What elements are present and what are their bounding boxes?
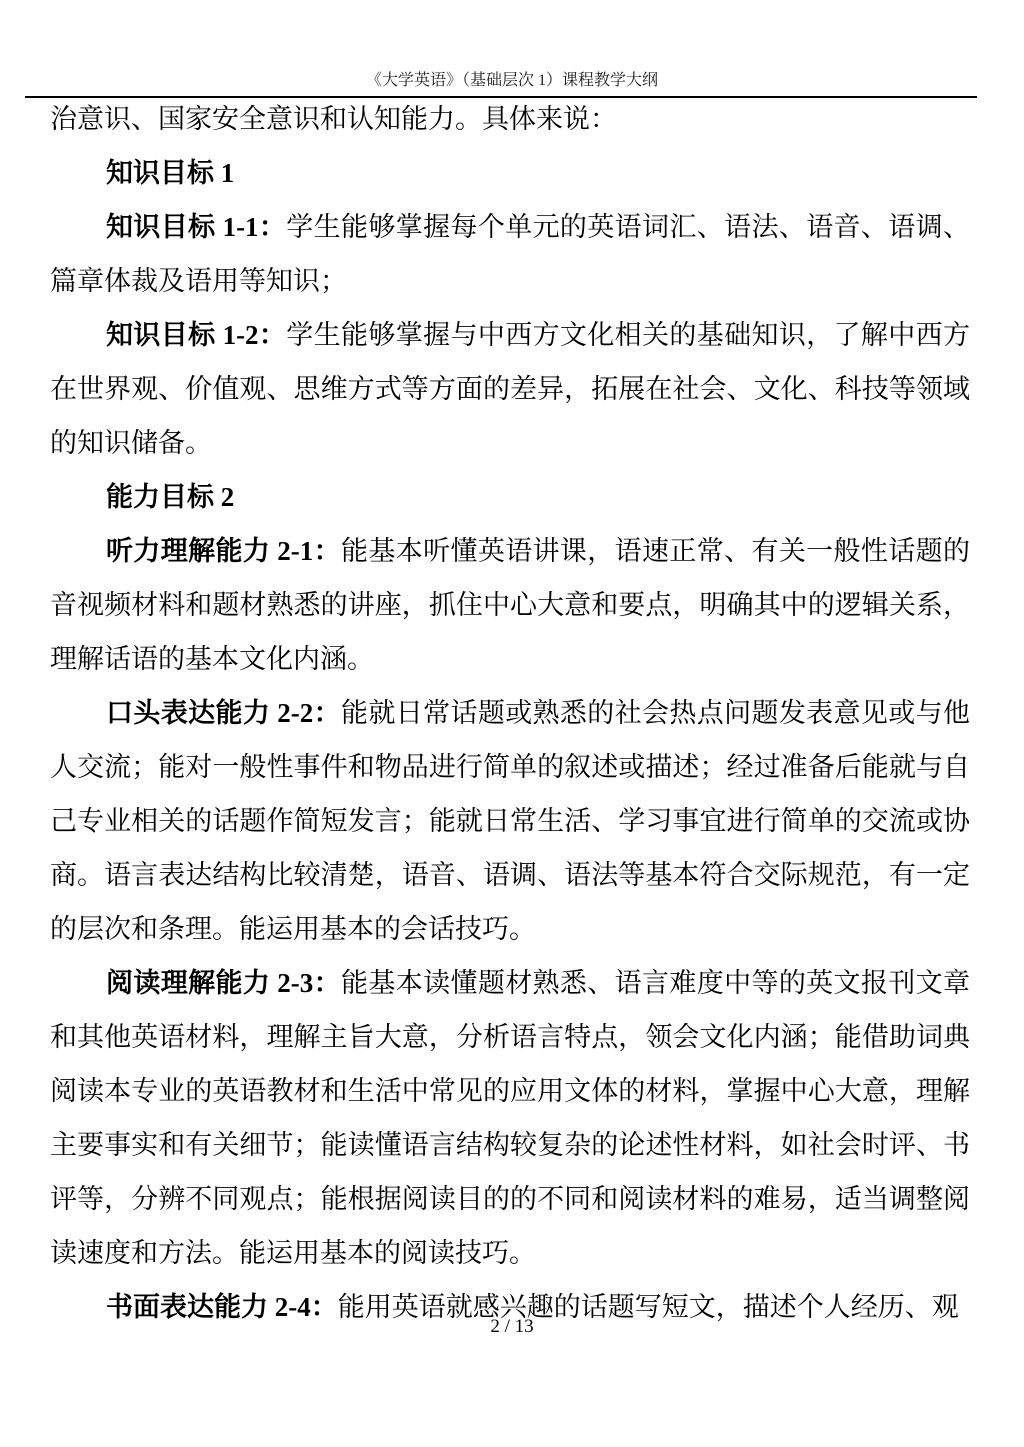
paragraph-knowledge-goal-1-2: 知识目标 1-2：学生能够掌握与中西方文化相关的基础知识，了解中西方在世界观、价… bbox=[50, 308, 970, 470]
paragraph-reading-2-3: 阅读理解能力 2-3：能基本读懂题材熟悉、语言难度中等的英文报刊文章和其他英语材… bbox=[50, 956, 970, 1280]
page-header: 《大学英语》（基础层次 1）课程教学大纲 bbox=[0, 71, 1024, 91]
section-heading-ability-goal-2: 能力目标 2 bbox=[50, 470, 970, 524]
paragraph-label: 听力理解能力 2-1： bbox=[106, 536, 341, 566]
section-heading-knowledge-goal-1: 知识目标 1 bbox=[50, 146, 970, 200]
header-title: 《大学英语》（基础层次 1）课程教学大纲 bbox=[366, 72, 658, 89]
paragraph-label: 知识目标 1-2： bbox=[106, 320, 286, 350]
paragraph-continuation: 治意识、国家安全意识和认知能力。具体来说： bbox=[50, 92, 970, 146]
paragraph-text: 能基本读懂题材熟悉、语言难度中等的英文报刊文章和其他英语材料，理解主旨大意，分析… bbox=[50, 968, 970, 1268]
document-page: 《大学英语》（基础层次 1）课程教学大纲 治意识、国家安全意识和认知能力。具体来… bbox=[0, 0, 1024, 1447]
paragraph-listening-2-1: 听力理解能力 2-1：能基本听懂英语讲课，语速正常、有关一般性话题的音视频材料和… bbox=[50, 524, 970, 686]
page-number: 2 / 13 bbox=[490, 1316, 533, 1337]
paragraph-speaking-2-2: 口头表达能力 2-2：能就日常话题或熟悉的社会热点问题发表意见或与他人交流；能对… bbox=[50, 686, 970, 956]
paragraph-text: 能就日常话题或熟悉的社会热点问题发表意见或与他人交流；能对一般性事件和物品进行简… bbox=[50, 698, 970, 944]
paragraph-label: 知识目标 1-1： bbox=[106, 212, 286, 242]
paragraph-label: 阅读理解能力 2-3： bbox=[106, 968, 341, 998]
document-body: 治意识、国家安全意识和认知能力。具体来说： 知识目标 1 知识目标 1-1：学生… bbox=[50, 92, 970, 1334]
page-footer: 2 / 13 bbox=[0, 1314, 1024, 1340]
paragraph-knowledge-goal-1-1: 知识目标 1-1：学生能够掌握每个单元的英语词汇、语法、语音、语调、篇章体裁及语… bbox=[50, 200, 970, 308]
paragraph-label: 口头表达能力 2-2： bbox=[106, 698, 341, 728]
